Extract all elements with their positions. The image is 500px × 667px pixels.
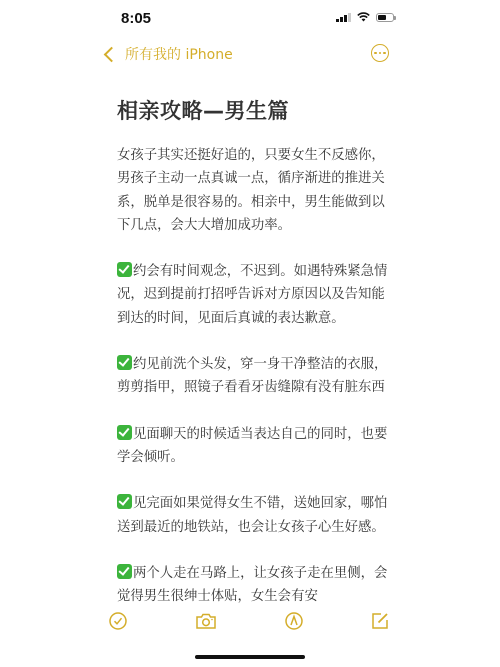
status-icons <box>336 12 394 22</box>
nav-bar: 所有我的 iPhone <box>0 40 500 70</box>
note-title: 相亲攻略—男生篇 <box>117 95 289 125</box>
green-check-icon <box>117 355 132 370</box>
tip-paragraph: 见面聊天的时候适当表达自己的同时，也要学会倾听。 <box>117 423 395 470</box>
battery-icon <box>376 13 394 22</box>
bottom-toolbar <box>0 606 500 636</box>
chevron-left-icon <box>104 46 120 62</box>
compose-icon[interactable] <box>370 611 390 631</box>
green-check-icon <box>117 564 132 579</box>
tip-paragraph: 两个人走在马路上，让女孩子走在里侧，会觉得男生很绅士体贴，女生会有安 <box>117 562 395 609</box>
status-time: 8:05 <box>121 10 151 27</box>
back-button[interactable]: 所有我的 iPhone <box>102 44 233 64</box>
tip-paragraph: 约会有时间观念，不迟到。如遇特殊紧急情况，迟到提前打招呼告诉对方原因以及告知能到… <box>117 260 395 330</box>
tip-paragraph: 见完面如果觉得女生不错，送她回家，哪怕送到最近的地铁站，也会让女孩子心生好感。 <box>117 492 395 539</box>
back-label: 所有我的 iPhone <box>125 44 233 64</box>
home-indicator[interactable] <box>195 655 305 659</box>
status-bar: 8:05 <box>0 0 500 36</box>
green-check-icon <box>117 494 132 509</box>
intro-paragraph: 女孩子其实还挺好追的，只要女生不反感你，男孩子主动一点真诚一点，循序渐进的推进关… <box>117 144 395 237</box>
tip-paragraph: 约见前洗个头发，穿一身干净整洁的衣服，剪剪指甲，照镜子看看牙齿缝隙有没有脏东西 <box>117 353 395 400</box>
markup-pen-icon[interactable] <box>284 611 304 631</box>
checklist-icon[interactable] <box>108 611 128 631</box>
wifi-icon <box>357 12 370 22</box>
camera-icon[interactable] <box>195 611 217 631</box>
ellipsis-circle-icon[interactable] <box>371 44 389 62</box>
green-check-icon <box>117 425 132 440</box>
note-body[interactable]: 女孩子其实还挺好追的，只要女生不反感你，男孩子主动一点真诚一点，循序渐进的推进关… <box>117 144 395 631</box>
cellular-signal-icon <box>336 12 351 22</box>
green-check-icon <box>117 262 132 277</box>
